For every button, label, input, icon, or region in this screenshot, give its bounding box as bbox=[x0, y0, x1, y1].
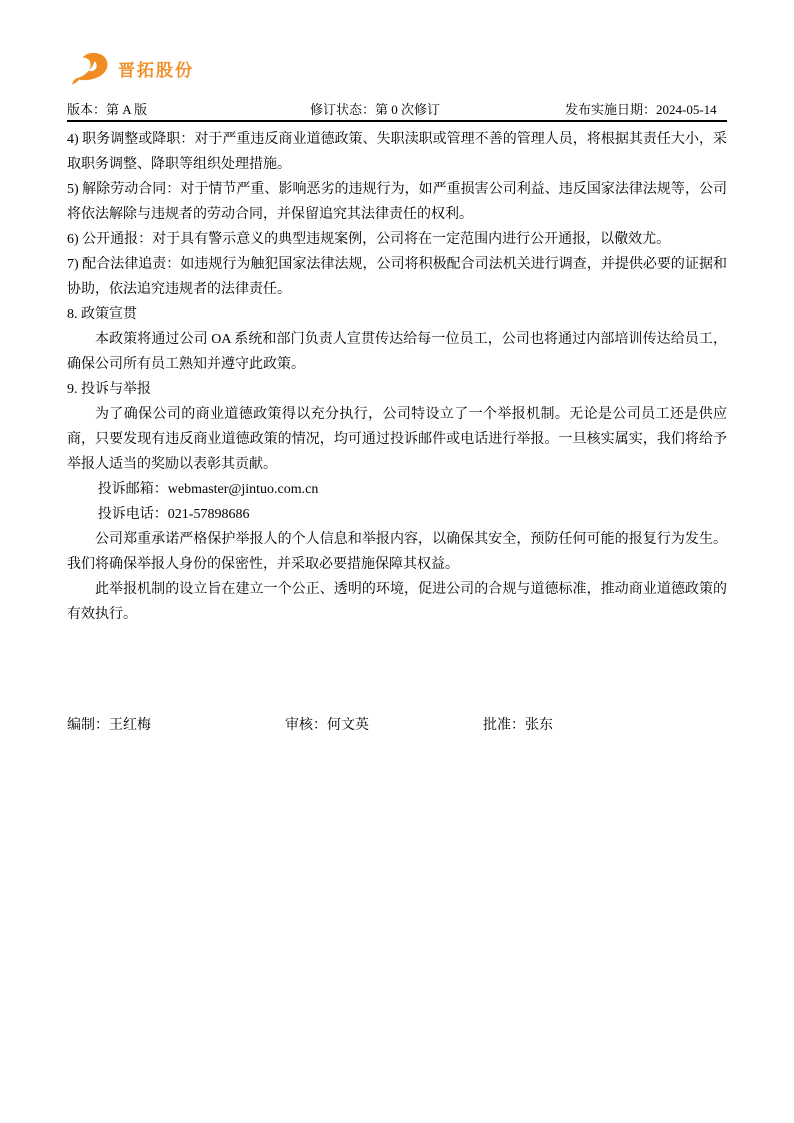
list-item-5: 5) 解除劳动合同：对于情节严重、影响恶劣的违规行为，如严重损害公司利益、违反国… bbox=[67, 177, 727, 227]
prepared-by-field: 编制：王红梅 bbox=[67, 714, 151, 734]
header-divider-line bbox=[67, 120, 727, 122]
document-body: 4) 职务调整或降职：对于严重违反商业道德政策、失职渎职或管理不善的管理人员，将… bbox=[67, 127, 727, 627]
company-logo: 晋拓股份 bbox=[70, 50, 194, 86]
list-item-6: 6) 公开通报：对于具有警示意义的典型违规案例，公司将在一定范围内进行公开通报，… bbox=[67, 227, 727, 252]
section9-intro-paragraph: 为了确保公司的商业道德政策得以充分执行，公司特设立了一个举报机制。无论是公司员工… bbox=[67, 402, 727, 477]
section9-purpose-paragraph: 此举报机制的设立旨在建立一个公正、透明的环境，促进公司的合规与道德标准，推动商业… bbox=[67, 577, 727, 627]
signature-row: 编制：王红梅 审核：何文英 批准：张东 bbox=[67, 714, 727, 734]
document-page: 晋拓股份 版本：第 A 版 修订状态：第 0 次修订 发布实施日期：2024-0… bbox=[0, 0, 794, 1123]
company-name: 晋拓股份 bbox=[118, 56, 194, 81]
list-item-4: 4) 职务调整或降职：对于严重违反商业道德政策、失职渎职或管理不善的管理人员，将… bbox=[67, 127, 727, 177]
section-heading-9: 9. 投诉与举报 bbox=[67, 377, 727, 402]
release-date-field: 发布实施日期：2024-05-14 bbox=[565, 99, 717, 118]
revision-status-field: 修订状态：第 0 次修订 bbox=[310, 99, 440, 118]
complaint-email-line: 投诉邮箱：webmaster@jintuo.com.cn bbox=[67, 477, 727, 502]
section-heading-8: 8. 政策宣贯 bbox=[67, 302, 727, 327]
document-header-row: 版本：第 A 版 修订状态：第 0 次修订 发布实施日期：2024-05-14 bbox=[67, 99, 727, 117]
logo-d-swoosh-icon bbox=[70, 50, 110, 86]
section9-protection-paragraph: 公司郑重承诺严格保护举报人的个人信息和举报内容，以确保其安全，预防任何可能的报复… bbox=[67, 527, 727, 577]
version-field: 版本：第 A 版 bbox=[67, 99, 147, 118]
list-item-7: 7) 配合法律追责：如违规行为触犯国家法律法规，公司将积极配合司法机关进行调查，… bbox=[67, 252, 727, 302]
section8-paragraph: 本政策将通过公司 OA 系统和部门负责人宣贯传达给每一位员工，公司也将通过内部培… bbox=[67, 327, 727, 377]
approved-by-field: 批准：张东 bbox=[483, 714, 553, 734]
complaint-phone-line: 投诉电话：021-57898686 bbox=[67, 502, 727, 527]
reviewed-by-field: 审核：何文英 bbox=[285, 714, 369, 734]
